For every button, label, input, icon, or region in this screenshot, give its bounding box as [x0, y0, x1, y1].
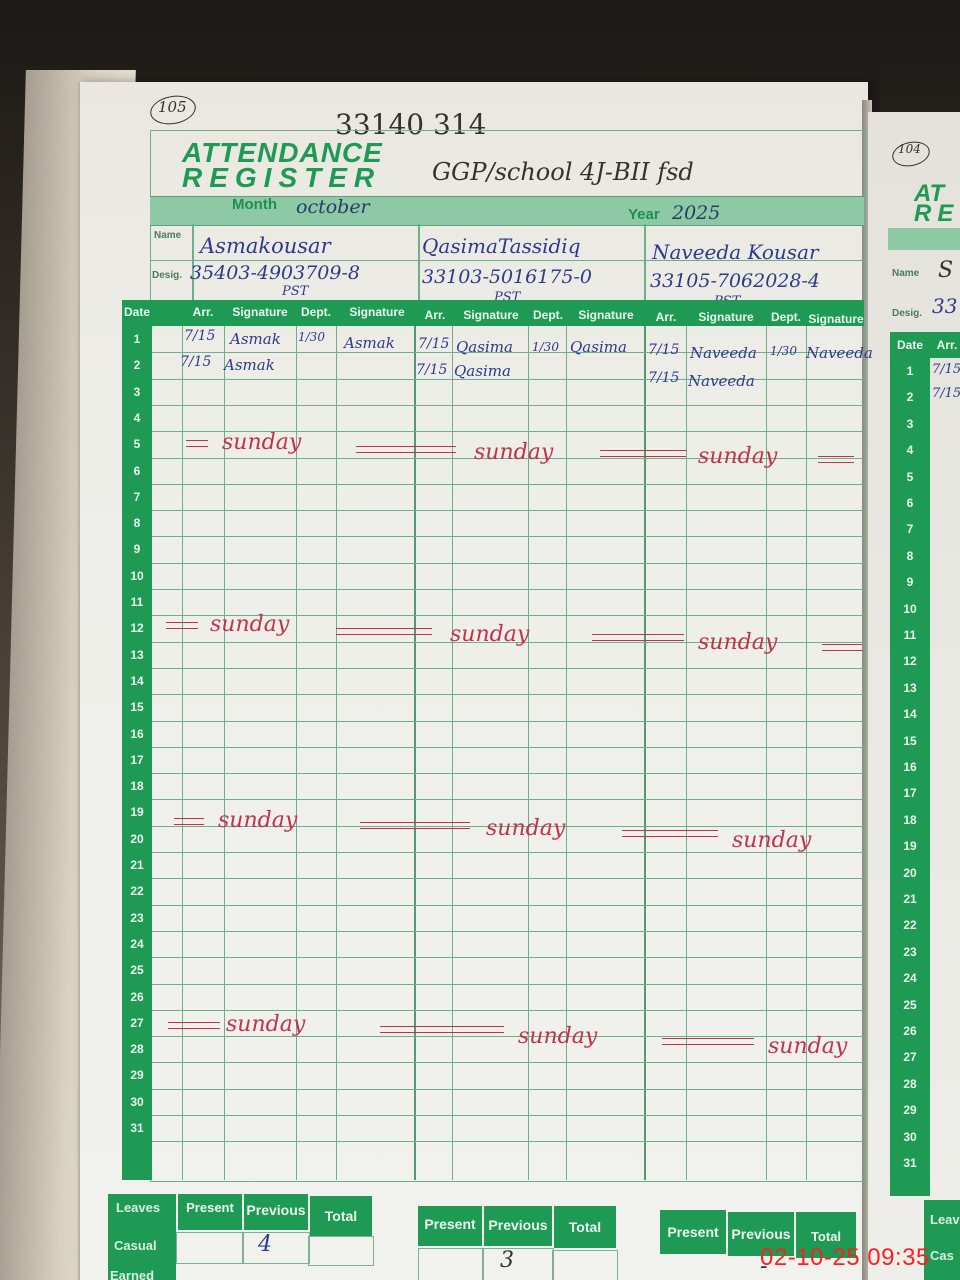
- s2-arr-header: Arr.: [418, 308, 452, 322]
- grid-col: [566, 326, 567, 1180]
- right-date-number: 24: [890, 971, 930, 985]
- right-name-fragment: S: [938, 258, 953, 283]
- holiday-strike: [360, 822, 470, 829]
- right-date-number: 17: [890, 786, 930, 800]
- holiday-strike: [592, 634, 684, 641]
- s1-sig-header: Signature: [224, 305, 296, 319]
- s1-previous-header: Previous: [244, 1194, 308, 1230]
- name-label: Name: [154, 230, 181, 241]
- holiday-strike: [174, 818, 204, 825]
- right-date-number: 29: [890, 1103, 930, 1117]
- right-date-number: 19: [890, 839, 930, 853]
- holiday-strike: [822, 644, 862, 651]
- date-number: 22: [122, 884, 152, 898]
- row-line: [152, 878, 864, 879]
- date-number: 13: [122, 648, 152, 662]
- holiday-strike: [336, 628, 432, 635]
- date-number: 31: [122, 1121, 152, 1135]
- holiday-row19-s1: sunday: [218, 808, 297, 833]
- right-date-number: 7: [890, 522, 930, 536]
- form-title: ATTENDANCE REGISTER: [182, 140, 383, 190]
- s1-d1-arr: 7/15: [184, 328, 215, 344]
- holiday-row5-s1: sunday: [222, 430, 301, 455]
- right-date-number: 22: [890, 918, 930, 932]
- row-line: [152, 1062, 864, 1063]
- holiday-strike: [186, 440, 208, 447]
- staff-divider-2: [644, 224, 646, 300]
- right-name-label: Name: [892, 268, 919, 279]
- s1-previous-casual-cell: [242, 1232, 310, 1264]
- date-number: 17: [122, 753, 152, 767]
- s2-d1-sig2: Qasima: [570, 338, 627, 356]
- date-number: 8: [122, 516, 152, 530]
- s1-sig2-header: Signature: [338, 305, 416, 319]
- year-label: Year: [628, 206, 660, 223]
- s2-sig2-header: Signature: [568, 308, 644, 322]
- desig-label: Desig.: [152, 270, 182, 281]
- holiday-row12-s3: sunday: [698, 630, 777, 655]
- staff-1-desig: 35403-4903709-8: [190, 262, 360, 284]
- s1-dept-header: Dept.: [296, 305, 336, 319]
- date-number: 20: [122, 832, 152, 846]
- right-arr-header: Arr.: [932, 338, 960, 352]
- date-number: 30: [122, 1095, 152, 1109]
- s2-previous-casual-cell: [482, 1248, 554, 1280]
- right-date-number: 30: [890, 1130, 930, 1144]
- holiday-row19-s3: sunday: [732, 828, 811, 853]
- row-line: [152, 668, 864, 669]
- s2-present-casual-cell: [418, 1248, 484, 1280]
- right-date-header: Date: [890, 338, 930, 352]
- date-number: 27: [122, 1016, 152, 1030]
- holiday-row26-s1: sunday: [226, 1012, 305, 1037]
- date-number: 18: [122, 779, 152, 793]
- right-row2-arr: 7/15: [932, 386, 960, 401]
- page-number: 105: [158, 98, 187, 116]
- right-date-number: 10: [890, 602, 930, 616]
- right-date-number: 8: [890, 549, 930, 563]
- date-number: 3: [122, 385, 152, 399]
- row-line: [152, 1115, 864, 1116]
- s1-d1-sig: Asmak: [230, 330, 281, 348]
- s1-previous-casual-value: 4: [258, 1232, 272, 1257]
- row-line: [152, 721, 864, 722]
- right-date-number: 4: [890, 443, 930, 457]
- camera-timestamp: 02-10-25 09:35: [760, 1244, 930, 1272]
- month-value: october: [296, 196, 370, 218]
- right-row1-arr: 7/15: [932, 362, 960, 377]
- right-date-number: 26: [890, 1024, 930, 1038]
- grid-col: [182, 326, 183, 1180]
- row-line: [152, 931, 864, 932]
- date-number: 29: [122, 1068, 152, 1082]
- s2-sig-header: Signature: [454, 308, 528, 322]
- s3-arr-header: Arr.: [646, 310, 686, 324]
- right-date-number: 13: [890, 681, 930, 695]
- right-date-number: 27: [890, 1050, 930, 1064]
- s3-d1-dept: 1/30: [770, 344, 797, 358]
- date-number: 4: [122, 411, 152, 425]
- s1-total-casual-cell: [308, 1236, 374, 1266]
- date-number: 24: [122, 937, 152, 951]
- earned-label: Earned: [110, 1268, 154, 1280]
- row-line: [152, 1089, 864, 1090]
- holiday-row19-s2: sunday: [486, 816, 565, 841]
- date-number: 1: [122, 332, 152, 346]
- right-date-number: 9: [890, 575, 930, 589]
- holiday-strike: [168, 1022, 220, 1029]
- s1-total-header: Total: [310, 1196, 372, 1236]
- right-date-number: 14: [890, 707, 930, 721]
- s2-d1-arr: 7/15: [418, 336, 449, 352]
- right-date-number: 21: [890, 892, 930, 906]
- holiday-strike: [818, 456, 854, 463]
- leaves-label: Leaves: [116, 1200, 160, 1215]
- row-line: [152, 484, 864, 485]
- right-date-number: 15: [890, 734, 930, 748]
- s3-sig-header: Signature: [686, 310, 766, 324]
- right-desig-fragment: 33: [932, 294, 957, 318]
- right-date-number: 23: [890, 945, 930, 959]
- date-number: 15: [122, 700, 152, 714]
- date-number: 5: [122, 437, 152, 451]
- s2-d1-sig: Qasima: [456, 338, 513, 356]
- right-date-number: 31: [890, 1156, 930, 1170]
- date-number: 21: [122, 858, 152, 872]
- school-name: GGP/school 4J-BII fsd: [432, 158, 694, 186]
- date-number: 19: [122, 805, 152, 819]
- s3-dept-header: Dept.: [766, 310, 806, 324]
- row-line: [152, 405, 864, 406]
- right-date-number: 2: [890, 390, 930, 404]
- holiday-row26-s3: sunday: [768, 1034, 847, 1059]
- right-leaves-fragment: Leav: [930, 1212, 960, 1227]
- grid-col: [686, 326, 687, 1180]
- title-line-2: REGISTER: [182, 165, 383, 190]
- s1-arr-header: Arr.: [184, 305, 222, 319]
- s1-d1-dept: 1/30: [298, 330, 325, 344]
- right-date-number: 20: [890, 866, 930, 880]
- holiday-row12-s1: sunday: [210, 612, 289, 637]
- holiday-strike: [166, 622, 198, 629]
- right-date-number: 12: [890, 654, 930, 668]
- right-date-number: 6: [890, 496, 930, 510]
- s1-d2-arr: 7/15: [180, 354, 211, 370]
- date-number: 7: [122, 490, 152, 504]
- s3-present-header: Present: [660, 1210, 726, 1254]
- right-date-number: 25: [890, 998, 930, 1012]
- s3-d1-arr: 7/15: [648, 342, 679, 358]
- holiday-row5-s3: sunday: [698, 444, 777, 469]
- s1-d2-sig: Asmak: [224, 356, 275, 374]
- right-date-number: 1: [890, 364, 930, 378]
- date-number: 10: [122, 569, 152, 583]
- s3-d2-arr: 7/15: [648, 370, 679, 386]
- date-number: 11: [122, 595, 152, 609]
- holiday-strike: [600, 450, 686, 457]
- right-date-number: 18: [890, 813, 930, 827]
- date-header: Date: [122, 305, 152, 319]
- s3-d2-sig: Naveeda: [688, 372, 755, 390]
- right-date-number: 16: [890, 760, 930, 774]
- holiday-row12-s2: sunday: [450, 622, 529, 647]
- s2-d2-sig: Qasima: [454, 362, 511, 380]
- row-line: [152, 957, 864, 958]
- right-title-fragment-2: RE: [914, 200, 959, 228]
- grid-col: [336, 326, 337, 1180]
- staff-divider-1: [418, 224, 420, 300]
- s2-present-header: Present: [418, 1206, 482, 1246]
- date-number: 6: [122, 464, 152, 478]
- row-line: [152, 799, 864, 800]
- grid-col-staff-divider: [414, 326, 416, 1180]
- right-desig-label: Desig.: [892, 308, 922, 319]
- staff-3-desig: 33105-7062028-4: [650, 270, 820, 292]
- date-number: 2: [122, 358, 152, 372]
- s1-present-header: Present: [178, 1194, 242, 1230]
- date-number: 25: [122, 963, 152, 977]
- row-line: [152, 984, 864, 985]
- s2-d2-arr: 7/15: [416, 362, 447, 378]
- row-line: [152, 589, 864, 590]
- grid-col: [452, 326, 453, 1180]
- staff-3-name: Naveeda Kousar: [652, 240, 819, 264]
- year-value: 2025: [672, 202, 720, 224]
- holiday-strike: [662, 1038, 754, 1045]
- date-number: 12: [122, 621, 152, 635]
- right-page-number: 104: [898, 142, 921, 156]
- s3-d1-sig2: Naveeda: [806, 344, 873, 362]
- row-line: [152, 1010, 864, 1011]
- s2-total-casual-cell: [552, 1250, 618, 1280]
- s2-previous-casual-value: 3: [500, 1248, 514, 1273]
- staff-2-desig: 33103-5016175-0: [422, 266, 592, 288]
- right-month-band: [888, 228, 960, 250]
- staff-1-name: Asmakousar: [200, 234, 331, 258]
- row-line: [152, 1141, 864, 1142]
- s2-total-header: Total: [554, 1206, 616, 1248]
- right-date-number: 28: [890, 1077, 930, 1091]
- holiday-strike: [622, 830, 718, 837]
- row-line: [152, 510, 864, 511]
- staff-2-name: QasimaTassidiq: [422, 234, 581, 258]
- right-date-number: 5: [890, 470, 930, 484]
- date-number: 28: [122, 1042, 152, 1056]
- s2-previous-header: Previous: [484, 1206, 552, 1246]
- date-number: 23: [122, 911, 152, 925]
- row-line: [152, 773, 864, 774]
- s1-present-casual-cell: [176, 1232, 244, 1264]
- holiday-row5-s2: sunday: [474, 440, 553, 465]
- s3-d1-sig: Naveeda: [690, 344, 757, 362]
- staff-1-role: PST: [282, 284, 308, 299]
- date-number: 14: [122, 674, 152, 688]
- right-date-number: 11: [890, 628, 930, 642]
- s3-sig2-header: Signature: [806, 312, 866, 326]
- holiday-row26-s2: sunday: [518, 1024, 597, 1049]
- row-line: [152, 694, 864, 695]
- right-date-number: 3: [890, 417, 930, 431]
- month-label: Month: [232, 196, 277, 213]
- casual-label: Casual: [114, 1238, 157, 1253]
- s2-d1-dept: 1/30: [532, 340, 559, 354]
- row-line: [152, 563, 864, 564]
- date-number: 9: [122, 542, 152, 556]
- row-line: [152, 536, 864, 537]
- right-casual-fragment: Cas: [930, 1248, 954, 1263]
- date-number: 16: [122, 727, 152, 741]
- row-line: [152, 905, 864, 906]
- s2-dept-header: Dept.: [528, 308, 568, 322]
- date-number: 26: [122, 990, 152, 1004]
- s1-d1-sig2: Asmak: [344, 334, 395, 352]
- holiday-strike: [380, 1026, 504, 1033]
- holiday-strike: [356, 446, 456, 453]
- row-line: [152, 747, 864, 748]
